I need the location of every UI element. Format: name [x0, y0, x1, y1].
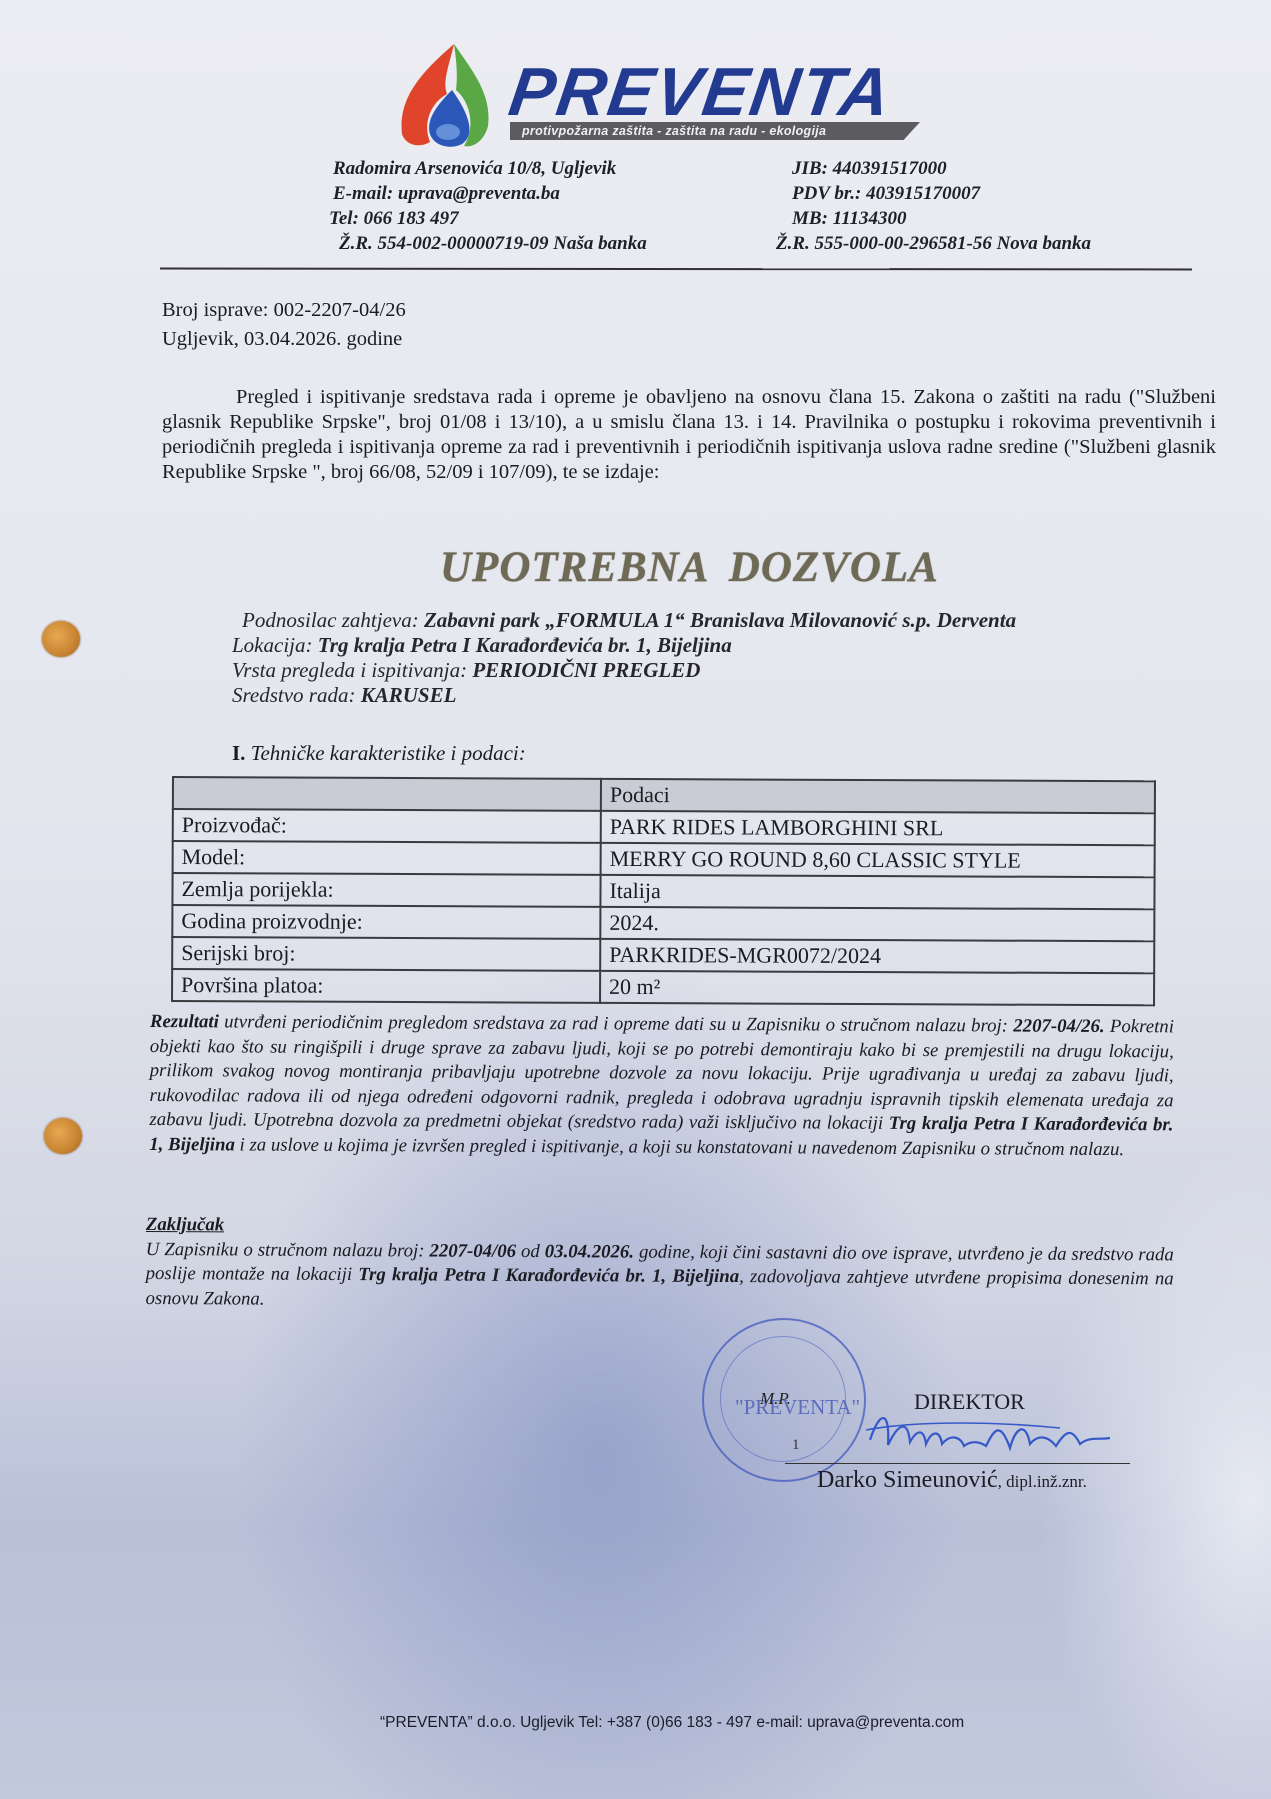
field-location: Lokacija: Trg kralja Petra I Karađorđevi…	[232, 633, 1016, 658]
company-pdv: PDV br.: 403915170007	[792, 181, 1091, 206]
page-footer: “PREVENTA” d.o.o. Ugljevik Tel: +387 (0)…	[380, 1714, 964, 1732]
intro-paragraph: Pregled i ispitivanje sredstava rada i o…	[162, 385, 1216, 485]
hole-punch	[44, 1118, 82, 1154]
intro-text: Pregled i ispitivanje sredstava rada i o…	[162, 386, 1216, 483]
company-bank-account-2: Ž.R. 555-000-00-296581-56 Nova banka	[776, 231, 1091, 256]
company-bank-account-1: Ž.R. 554-002-00000719-09 Naša banka	[339, 231, 647, 256]
company-email: E-mail: uprava@preventa.ba	[333, 181, 647, 206]
signature-line	[785, 1463, 1130, 1464]
company-phone: Tel: 066 183 497	[329, 206, 647, 231]
company-jib: JIB: 440391517000	[792, 156, 1091, 181]
results-paragraph: Rezultati utvrđeni periodičnim pregledom…	[149, 1010, 1174, 1162]
permit-fields: Podnosilac zahtjeva: Zabavni park „FORMU…	[232, 608, 1016, 708]
field-inspection-type: Vrsta pregleda i ispitivanja: PERIODIČNI…	[232, 658, 1016, 683]
stamp-company-name: "PREVENTA"	[735, 1395, 860, 1420]
table-row: Površina platoa:20 m²	[172, 969, 1154, 1005]
table-row: Model:MERRY GO ROUND 8,60 CLASSIC STYLE	[173, 841, 1155, 877]
table-row: Zemlja porijekla:Italija	[172, 873, 1154, 909]
field-equipment: Sredstvo rada: KARUSEL	[232, 683, 1016, 708]
seal-place-label: M.P.	[760, 1389, 791, 1409]
company-contact-block: Radomira Arsenovića 10/8, Ugljevik E-mai…	[333, 156, 647, 256]
table-row: Serijski broj:PARKRIDES-MGR0072/2024	[172, 937, 1154, 973]
hole-punch	[42, 621, 80, 657]
table-row: Proizvođač:PARK RIDES LAMBORGHINI SRL	[173, 809, 1155, 845]
logo-tagline: protivpožarna zaštita - zaštita na radu …	[510, 122, 920, 140]
header-divider	[160, 268, 1192, 271]
logo-wordmark: PREVENTA	[505, 58, 896, 126]
document-place-date: Ugljevik, 03.04.2026. godine	[162, 325, 406, 354]
stamp-number: 1	[792, 1437, 800, 1454]
document-meta: Broj isprave: 002-2207-04/26 Ugljevik, 0…	[162, 296, 406, 354]
document-title: UPOTREBNA DOZVOLA	[440, 543, 939, 592]
signer-name: Darko Simeunović, dipl.inž.znr.	[817, 1467, 1087, 1494]
technical-data-table: Podaci Proizvođač:PARK RIDES LAMBORGHINI…	[171, 776, 1156, 1006]
section-heading: I. Tehničke karakteristike i podaci:	[232, 741, 526, 766]
company-registration-block: JIB: 440391517000 PDV br.: 403915170007 …	[792, 156, 1091, 256]
document-number: Broj isprave: 002-2207-04/26	[162, 296, 406, 325]
company-mb: MB: 11134300	[792, 206, 1091, 231]
table-header-row: Podaci	[173, 777, 1155, 813]
flame-drop-logo-icon	[392, 42, 502, 150]
table-row: Godina proizvodnje:2024.	[172, 905, 1154, 941]
company-address: Radomira Arsenovića 10/8, Ugljevik	[333, 156, 647, 181]
conclusion-section: ZaključakU Zapisniku o stručnom nalazu b…	[145, 1213, 1173, 1316]
field-applicant: Podnosilac zahtjeva: Zabavni park „FORMU…	[242, 608, 1016, 633]
handwritten-signature-icon	[860, 1400, 1120, 1470]
